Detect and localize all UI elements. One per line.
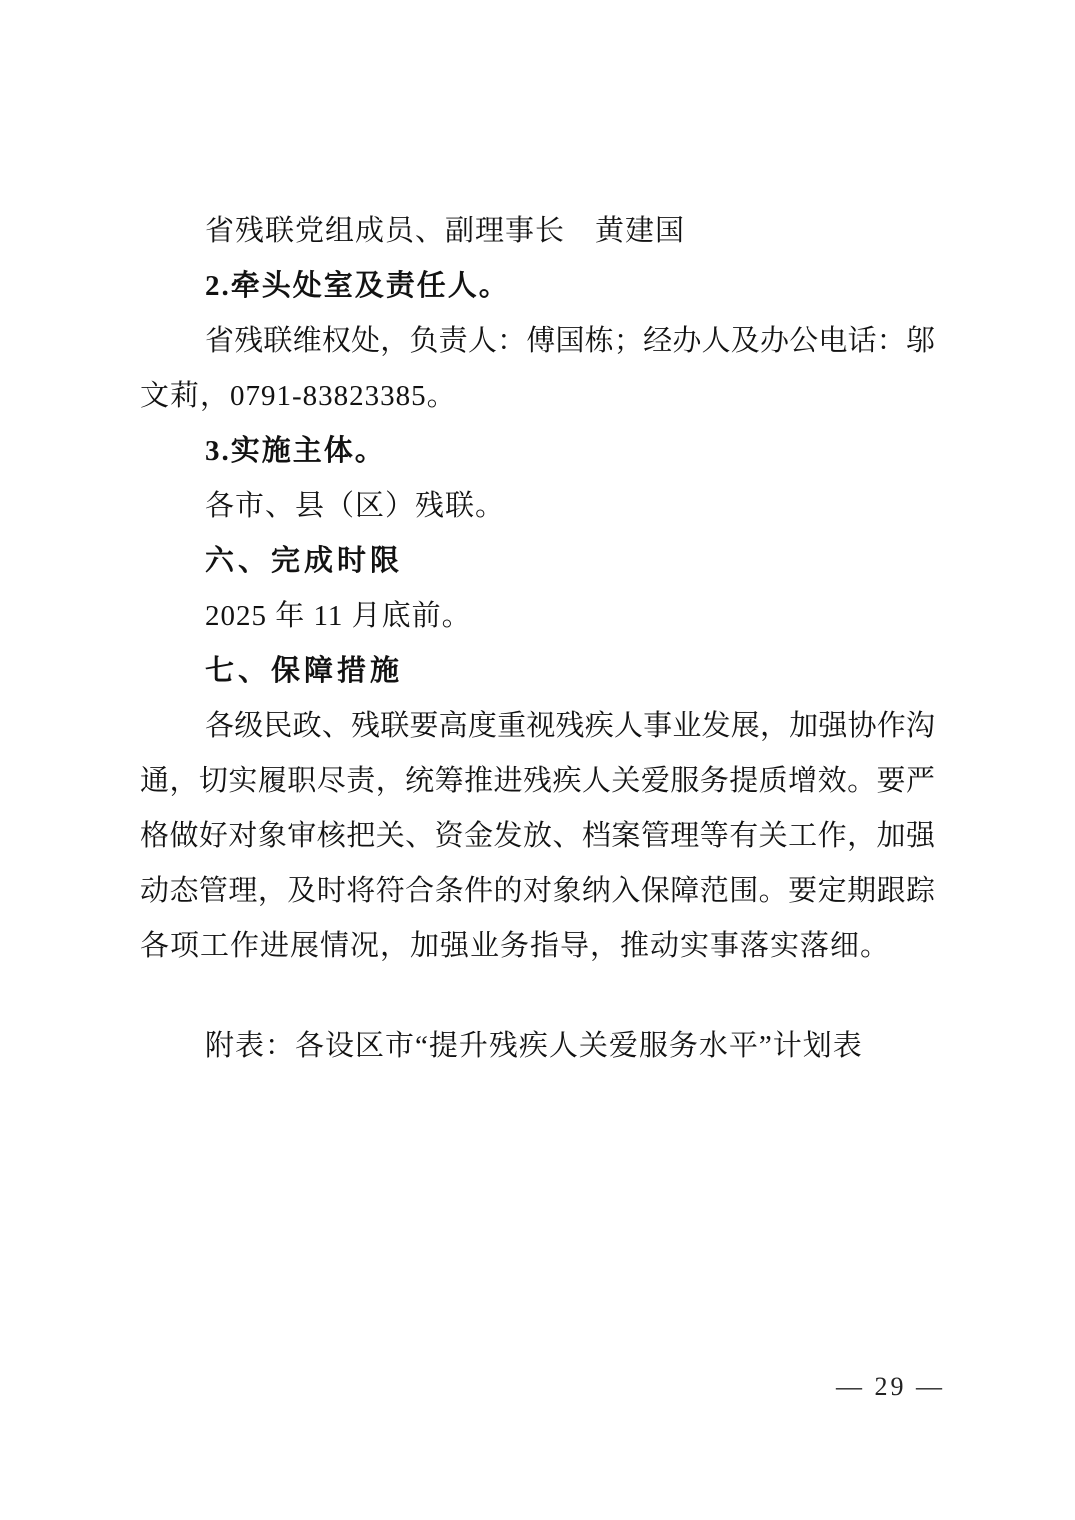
body-line: 省残联维权处，负责人：傅国栋；经办人及办公电话：邬 bbox=[140, 314, 935, 369]
signatory-line: 省残联党组成员、副理事长 黄建国 bbox=[140, 204, 935, 259]
body-line: 通，切实履职尽责，统筹推进残疾人关爱服务提质增效。要严 bbox=[140, 754, 935, 809]
page-number: — 29 — bbox=[836, 1372, 945, 1402]
section-heading-seven: 七、保障措施 bbox=[140, 644, 935, 699]
body-line: 动态管理，及时将符合条件的对象纳入保障范围。要定期跟踪 bbox=[140, 864, 935, 919]
body-line: 2025 年 11 月底前。 bbox=[140, 589, 935, 644]
body-line: 各级民政、残联要高度重视残疾人事业发展，加强协作沟 bbox=[140, 699, 935, 754]
subsection-heading-3: 3.实施主体。 bbox=[140, 424, 935, 479]
body-line: 各市、县（区）残联。 bbox=[140, 479, 935, 534]
document-page: 省残联党组成员、副理事长 黄建国 2.牵头处室及责任人。 省残联维权处，负责人：… bbox=[0, 0, 1075, 1520]
attachment-note: 附表：各设区市“提升残疾人关爱服务水平”计划表 bbox=[140, 1019, 935, 1074]
body-line: 各项工作进展情况，加强业务指导，推动实事落实落细。 bbox=[140, 919, 935, 974]
body-line: 文莉，0791-83823385。 bbox=[140, 369, 935, 424]
document-content: 省残联党组成员、副理事长 黄建国 2.牵头处室及责任人。 省残联维权处，负责人：… bbox=[140, 204, 935, 1074]
body-line: 格做好对象审核把关、资金发放、档案管理等有关工作，加强 bbox=[140, 809, 935, 864]
section-heading-six: 六、完成时限 bbox=[140, 534, 935, 589]
paragraph-gap bbox=[140, 974, 935, 1019]
subsection-heading-2: 2.牵头处室及责任人。 bbox=[140, 259, 935, 314]
